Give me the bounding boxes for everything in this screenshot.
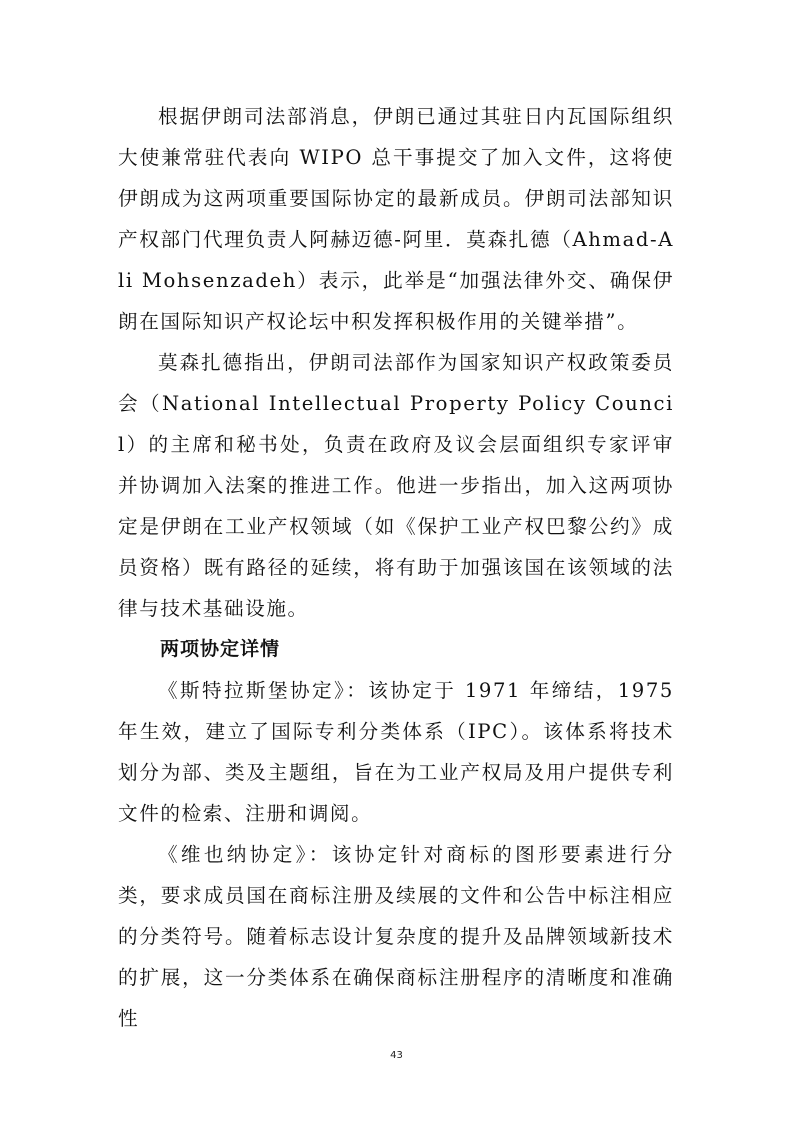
document-page: 根据伊朗司法部消息，伊朗已通过其驻日内瓦国际组织大使兼常驻代表向 WIPO 总干… [118, 96, 674, 1039]
paragraph-mohsenzadeh-statement: 莫森扎德指出，伊朗司法部作为国家知识产权政策委员会（National Intel… [118, 342, 674, 629]
page-number: 43 [0, 1050, 793, 1061]
section-heading: 两项协定详情 [118, 629, 674, 670]
paragraph-accession-announcement: 根据伊朗司法部消息，伊朗已通过其驻日内瓦国际组织大使兼常驻代表向 WIPO 总干… [118, 96, 674, 342]
paragraph-strasbourg-agreement: 《斯特拉斯堡协定》：该协定于 1971 年缔结，1975 年生效，建立了国际专利… [118, 670, 674, 834]
paragraph-vienna-agreement: 《维也纳协定》：该协定针对商标的图形要素进行分类，要求成员国在商标注册及续展的文… [118, 834, 674, 1039]
